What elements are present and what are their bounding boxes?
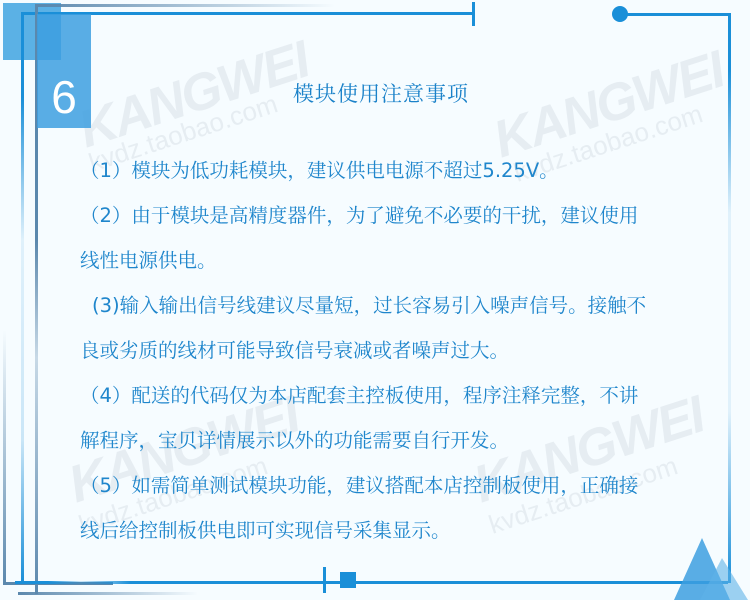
note-item: (3)输入输出信号线建议尽量短，过长容易引入噪声信号。接触不 良或劣质的线材可能…: [80, 283, 710, 373]
section-title: 模块使用注意事项: [293, 78, 469, 108]
section-number: 6: [37, 72, 91, 122]
note-line: （1）模块为低功耗模块，建议供电电源不超过5.25V。: [80, 148, 710, 193]
note-item: （4）配送的代码仅为本店配套主控板使用，程序注释完整，不讲 解程序，宝贝详情展示…: [80, 373, 710, 463]
notes-list: （1）模块为低功耗模块，建议供电电源不超过5.25V。 （2）由于模块是高精度器…: [80, 148, 710, 553]
frame-line-bottom-inner: [18, 592, 198, 595]
note-line-cont: 解程序，宝贝详情展示以外的功能需要自行开发。: [80, 418, 710, 463]
watermark-brand: KANGWEI: [72, 30, 316, 160]
note-line: （5）如需简单测试模块功能，建议搭配本店控制板使用，正确接: [80, 463, 710, 508]
frame-line-top-outer: [35, 4, 335, 7]
frame-line-bottom: [15, 581, 345, 584]
note-line-cont: 线后给控制板供电即可实现信号采集显示。: [80, 508, 710, 553]
frame-line-left: [21, 12, 24, 582]
frame-tick-top: [472, 2, 475, 26]
note-item: （5）如需简单测试模块功能，建议搭配本店控制板使用，正确接 线后给控制板供电即可…: [80, 463, 710, 553]
frame-line-top-right: [620, 13, 730, 16]
note-item: （1）模块为低功耗模块，建议供电电源不超过5.25V。: [80, 148, 710, 193]
frame-tick-bottom: [323, 567, 326, 593]
frame-line-right: [728, 13, 731, 583]
note-line: （4）配送的代码仅为本店配套主控板使用，程序注释完整，不讲: [80, 373, 710, 418]
note-line: (3)输入输出信号线建议尽量短，过长容易引入噪声信号。接触不: [80, 283, 710, 328]
frame-line-bottom-right: [323, 581, 728, 584]
note-line-cont: 良或劣质的线材可能导致信号衰减或者噪声过大。: [80, 328, 710, 373]
note-line-cont: 线性电源供电。: [80, 238, 710, 283]
frame-square-bottom: [340, 572, 356, 588]
note-item: （2）由于模块是高精度器件，为了避免不必要的干扰，建议使用 线性电源供电。: [80, 193, 710, 283]
frame-line-left-outer: [3, 330, 6, 585]
note-line: （2）由于模块是高精度器件，为了避免不必要的干扰，建议使用: [80, 193, 710, 238]
